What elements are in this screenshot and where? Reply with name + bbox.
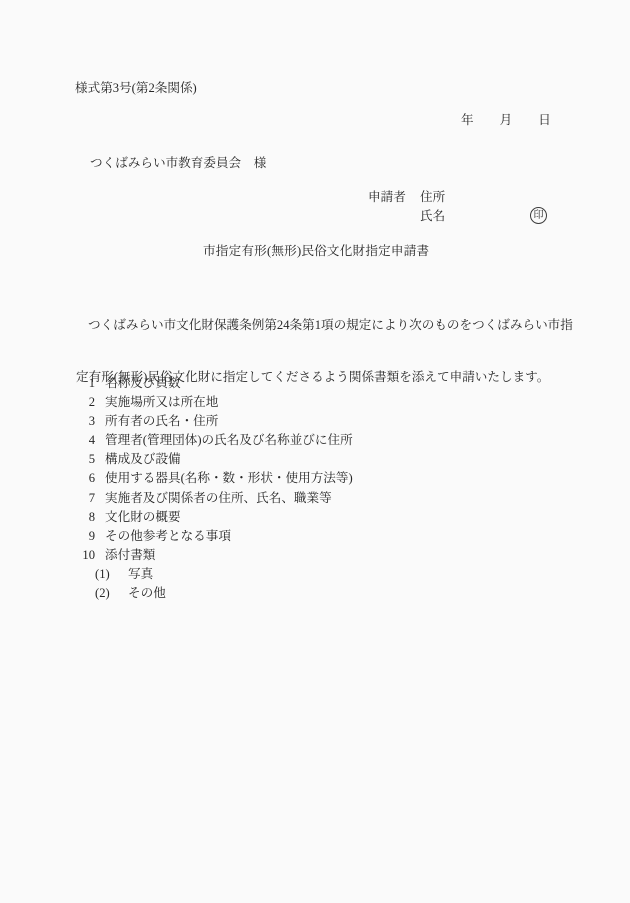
- list-item: 10 添付書類: [82, 546, 353, 565]
- seal-icon: 印: [530, 207, 547, 224]
- list-item-number: 8: [82, 508, 95, 527]
- document-title: 市指定有形(無形)民俗文化財指定申請書: [203, 244, 429, 260]
- list-item-number: (1): [95, 565, 112, 584]
- document-page: 様式第3号(第2条関係) 年 月 日 つくばみらい市教育委員会 様 申請者 住所…: [0, 0, 630, 903]
- list-item: 9 その他参考となる事項: [82, 527, 353, 546]
- list-item-text: 文化財の概要: [105, 508, 181, 527]
- list-item-number: 10: [82, 546, 95, 565]
- list-item-number: 6: [82, 469, 95, 488]
- list-item-text: 実施場所又は所在地: [105, 393, 218, 412]
- date-line: 年 月 日: [461, 113, 551, 129]
- numbered-list: 1 名称及び員数 2 実施場所又は所在地 3 所有者の氏名・住所 4 管理者(管…: [82, 374, 353, 603]
- list-item-number: 5: [82, 450, 95, 469]
- date-day-label: 日: [538, 113, 551, 129]
- list-item: 8 文化財の概要: [82, 508, 353, 527]
- list-item-number: 3: [82, 412, 95, 431]
- list-item-number: (2): [95, 584, 112, 603]
- date-year-label: 年: [461, 113, 474, 129]
- list-item-text: その他参考となる事項: [105, 527, 231, 546]
- list-item: 3 所有者の氏名・住所: [82, 412, 353, 431]
- list-item-text: 所有者の氏名・住所: [105, 412, 218, 431]
- list-item: 1 名称及び員数: [82, 374, 353, 393]
- list-item-text: 添付書類: [105, 546, 155, 565]
- list-item-text: 名称及び員数: [105, 374, 181, 393]
- list-item-text: 使用する器具(名称・数・形状・使用方法等): [105, 469, 353, 488]
- list-item-number: 9: [82, 527, 95, 546]
- list-item-text: その他: [128, 584, 166, 603]
- list-item: 7 実施者及び関係者の住所、氏名、職業等: [82, 489, 353, 508]
- seal-label: 印: [534, 211, 544, 221]
- applicant-name-label: 氏名: [420, 209, 445, 225]
- list-item: (1) 写真: [95, 565, 353, 584]
- applicant-label: 申請者: [368, 190, 406, 206]
- form-number: 様式第3号(第2条関係): [75, 81, 197, 97]
- list-item-number: 2: [82, 393, 95, 412]
- list-item-number: 4: [82, 431, 95, 450]
- list-item-text: 管理者(管理団体)の氏名及び名称並びに住所: [105, 431, 353, 450]
- list-item-text: 写真: [128, 565, 153, 584]
- list-item: (2) その他: [95, 584, 353, 603]
- date-month-label: 月: [500, 113, 513, 129]
- list-item-text: 構成及び設備: [105, 450, 181, 469]
- list-item: 4 管理者(管理団体)の氏名及び名称並びに住所: [82, 431, 353, 450]
- list-item: 6 使用する器具(名称・数・形状・使用方法等): [82, 469, 353, 488]
- list-item-number: 7: [82, 489, 95, 508]
- list-item: 2 実施場所又は所在地: [82, 393, 353, 412]
- list-item-text: 実施者及び関係者の住所、氏名、職業等: [105, 489, 332, 508]
- applicant-address-label: 住所: [420, 190, 445, 206]
- addressee: つくばみらい市教育委員会 様: [90, 156, 266, 172]
- body-line: つくばみらい市文化財保護条例第24条第1項の規定により次のものをつくばみらい市指: [76, 315, 576, 335]
- list-item-number: 1: [82, 374, 95, 393]
- list-item: 5 構成及び設備: [82, 450, 353, 469]
